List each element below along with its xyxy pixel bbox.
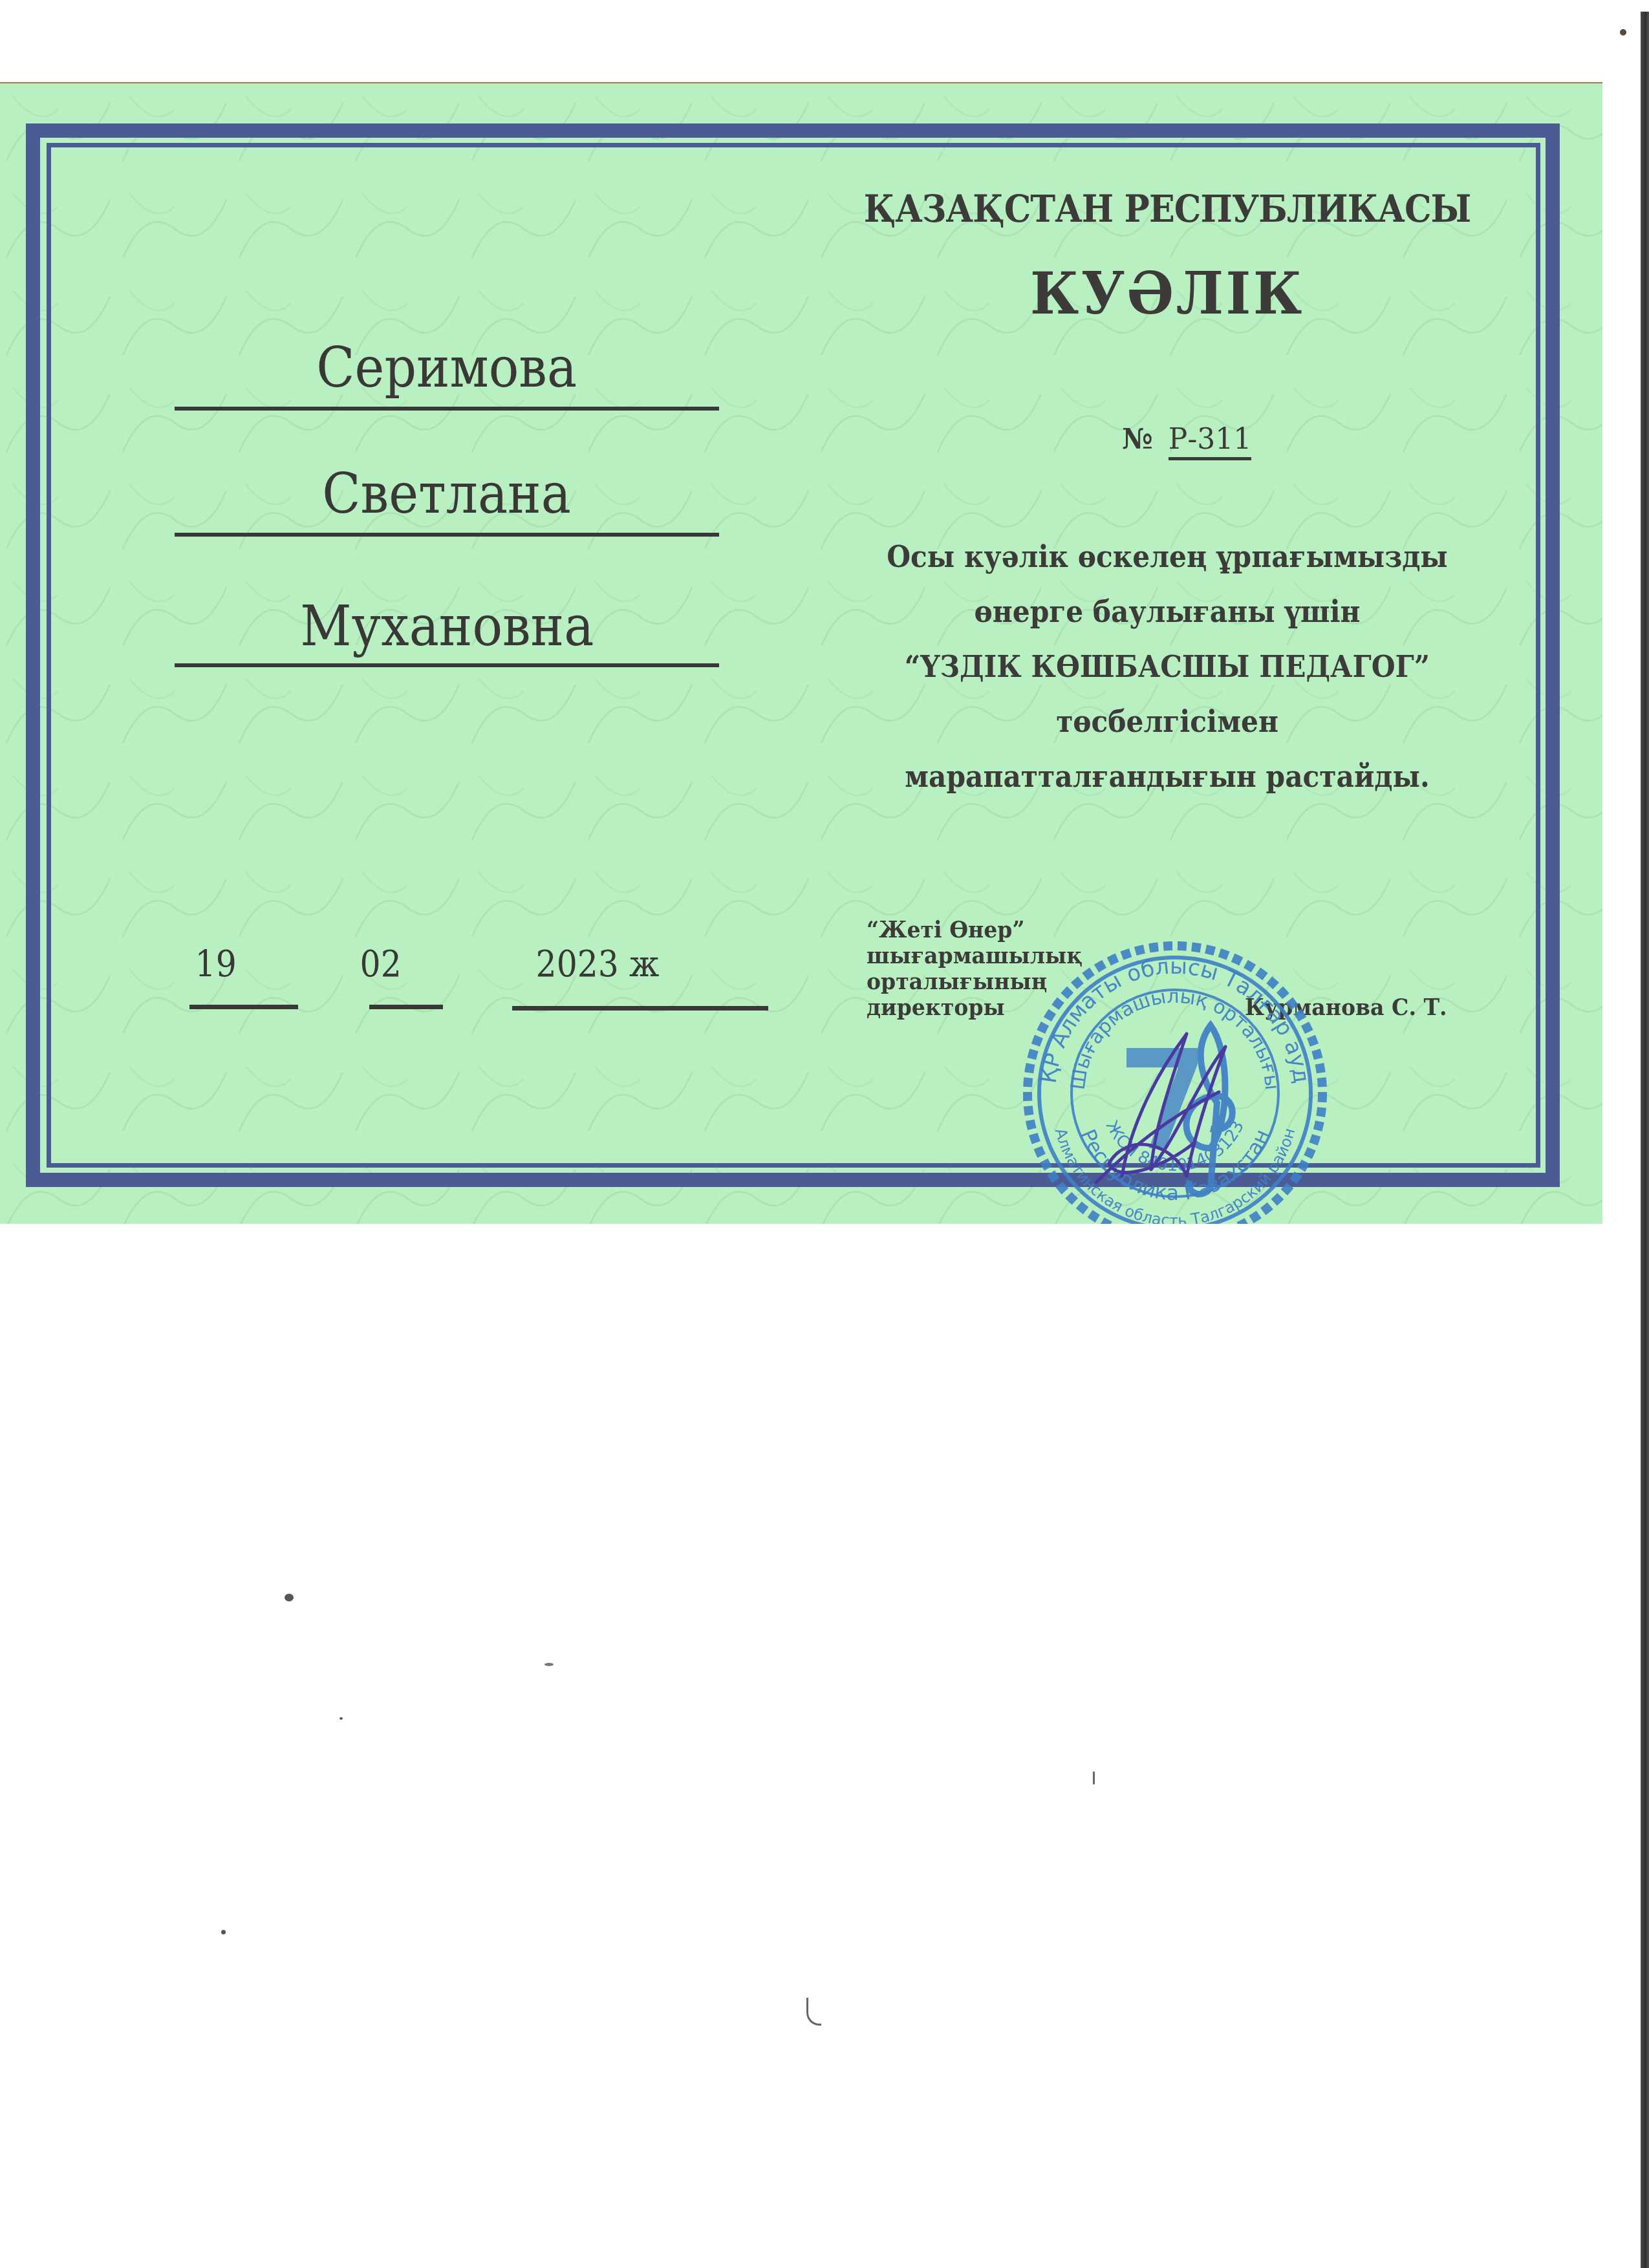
scan-speck	[1093, 1771, 1095, 1784]
document-title: КУӘЛІК	[831, 259, 1503, 328]
number-value: Р-311	[1169, 423, 1251, 460]
country-heading: ҚАЗАҚСТАН РЕСПУБЛИКАСЫ	[839, 187, 1496, 231]
date-month: 02	[360, 943, 402, 985]
scan-speck	[544, 1663, 554, 1666]
surname-underline	[175, 407, 719, 411]
date-day: 19	[195, 943, 237, 985]
handwritten-signature	[1090, 1021, 1245, 1195]
body-line-5: марапатталғандығын растайды.	[831, 759, 1503, 794]
date-month-underline	[369, 1005, 443, 1009]
body-line-4: төсбелгісімен	[831, 704, 1503, 739]
body-line-2: өнерге баулығаны үшін	[831, 594, 1503, 629]
date-year-underline	[512, 1006, 768, 1011]
surname: Серимова	[317, 336, 577, 400]
scan-speck	[806, 1998, 821, 2026]
scanner-edge-bar	[1641, 12, 1649, 2268]
signatory-org-line-1: “Жеті Өнер”	[867, 917, 1025, 943]
certificate-card: ҚАЗАҚСТАН РЕСПУБЛИКАСЫ КУӘЛІК №Р-311 Осы…	[0, 82, 1602, 1224]
surname-field: Серимова	[175, 336, 719, 400]
body-line-1: Осы куәлік өскелең ұрпағымызды	[831, 539, 1503, 574]
patronymic-field: Мухановна	[175, 594, 719, 659]
first-name-underline	[175, 533, 719, 537]
scan-speck	[285, 1594, 294, 1601]
patronymic-underline	[175, 663, 719, 667]
award-name: “ҮЗДІК КӨШБАСШЫ ПЕДАГОГ”	[831, 649, 1503, 684]
date-year: 2023 ж	[536, 943, 660, 985]
number-sign: №	[1122, 423, 1153, 456]
first-name: Светлана	[323, 462, 571, 526]
scan-speck	[1620, 29, 1626, 36]
first-name-field: Светлана	[175, 462, 719, 526]
signatory-title: директоры	[867, 994, 1005, 1020]
certificate-number: №Р-311	[1122, 423, 1251, 460]
scan-speck	[221, 1930, 226, 1934]
scan-speck	[339, 1717, 343, 1720]
date-day-underline	[189, 1005, 298, 1009]
patronymic: Мухановна	[300, 594, 594, 659]
